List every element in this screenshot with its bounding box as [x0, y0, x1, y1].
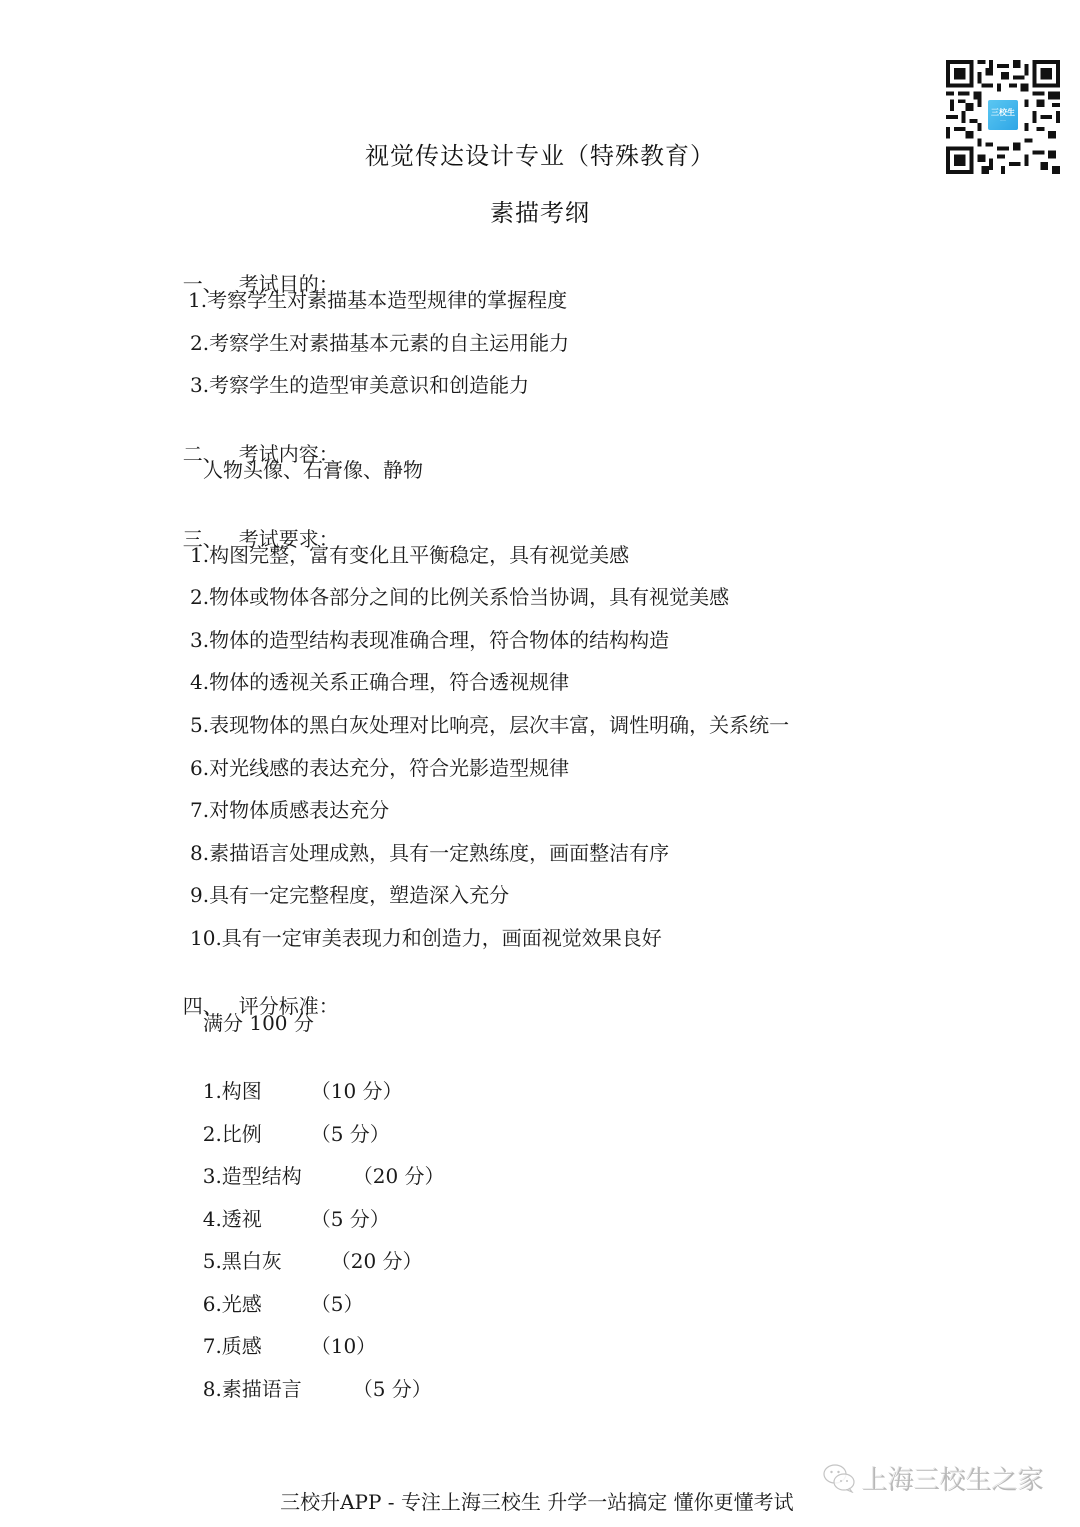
list-item: 3.考察学生的造型审美意识和创造能力 — [190, 372, 529, 398]
footer-slogan: 专注上海三校生 升学一站搞定 懂你更懂考试 — [401, 1490, 794, 1514]
list-item: 5.表现物体的黑白灰处理对比响亮，层次丰富，调性明确，关系统一 — [190, 712, 789, 738]
page-footer: 三校升APP - 专注上海三校生 升学一站搞定 懂你更懂考试 — [258, 1462, 794, 1515]
list-item: 2.考察学生对素描基本元素的自主运用能力 — [190, 330, 569, 356]
score-criterion: 8.素描语言 — [203, 1376, 353, 1402]
qr-logo-subline: —— — [1000, 119, 1006, 122]
footer-app-name: 三校升APP - — [280, 1490, 401, 1514]
document-title: 视觉传达设计专业（特殊教育） — [0, 136, 1080, 171]
list-item: 4.物体的透视关系正确合理，符合透视规律 — [190, 669, 569, 695]
list-item: 10.具有一定审美表现力和创造力，画面视觉效果良好 — [190, 925, 662, 951]
list-item: 7.对物体质感表达充分 — [190, 797, 389, 823]
qr-logo: 三校生 —— — [986, 98, 1020, 132]
qr-logo-text: 三校生 — [991, 109, 1015, 117]
wechat-icon — [822, 1463, 856, 1493]
list-item: 8.素描语言处理成熟，具有一定熟练度，画面整洁有序 — [190, 840, 669, 866]
score-points: （5 分） — [353, 1376, 432, 1402]
list-item: 6.对光线感的表达充分，符合光影造型规律 — [190, 755, 569, 781]
score-row: 8.素描语言（5 分） — [190, 1350, 432, 1402]
wechat-watermark: 上海三校生之家 — [822, 1458, 1044, 1498]
list-item: 1.考察学生对素描基本造型规律的掌握程度 — [188, 287, 567, 313]
watermark-text: 上海三校生之家 — [862, 1460, 1044, 1497]
list-item: 1.构图完整，富有变化且平衡稳定，具有视觉美感 — [190, 542, 629, 568]
document-subtitle: 素描考纲 — [0, 193, 1080, 228]
section-content: 人物头像、石膏像、静物 — [203, 457, 423, 483]
list-item: 9.具有一定完整程度，塑造深入充分 — [190, 882, 509, 908]
list-item: 2.物体或物体各部分之间的比例关系恰当协调，具有视觉美感 — [190, 584, 729, 610]
list-item: 3.物体的造型结构表现准确合理，符合物体的结构构造 — [190, 627, 669, 653]
total-score: 满分 100 分 — [203, 1010, 314, 1036]
